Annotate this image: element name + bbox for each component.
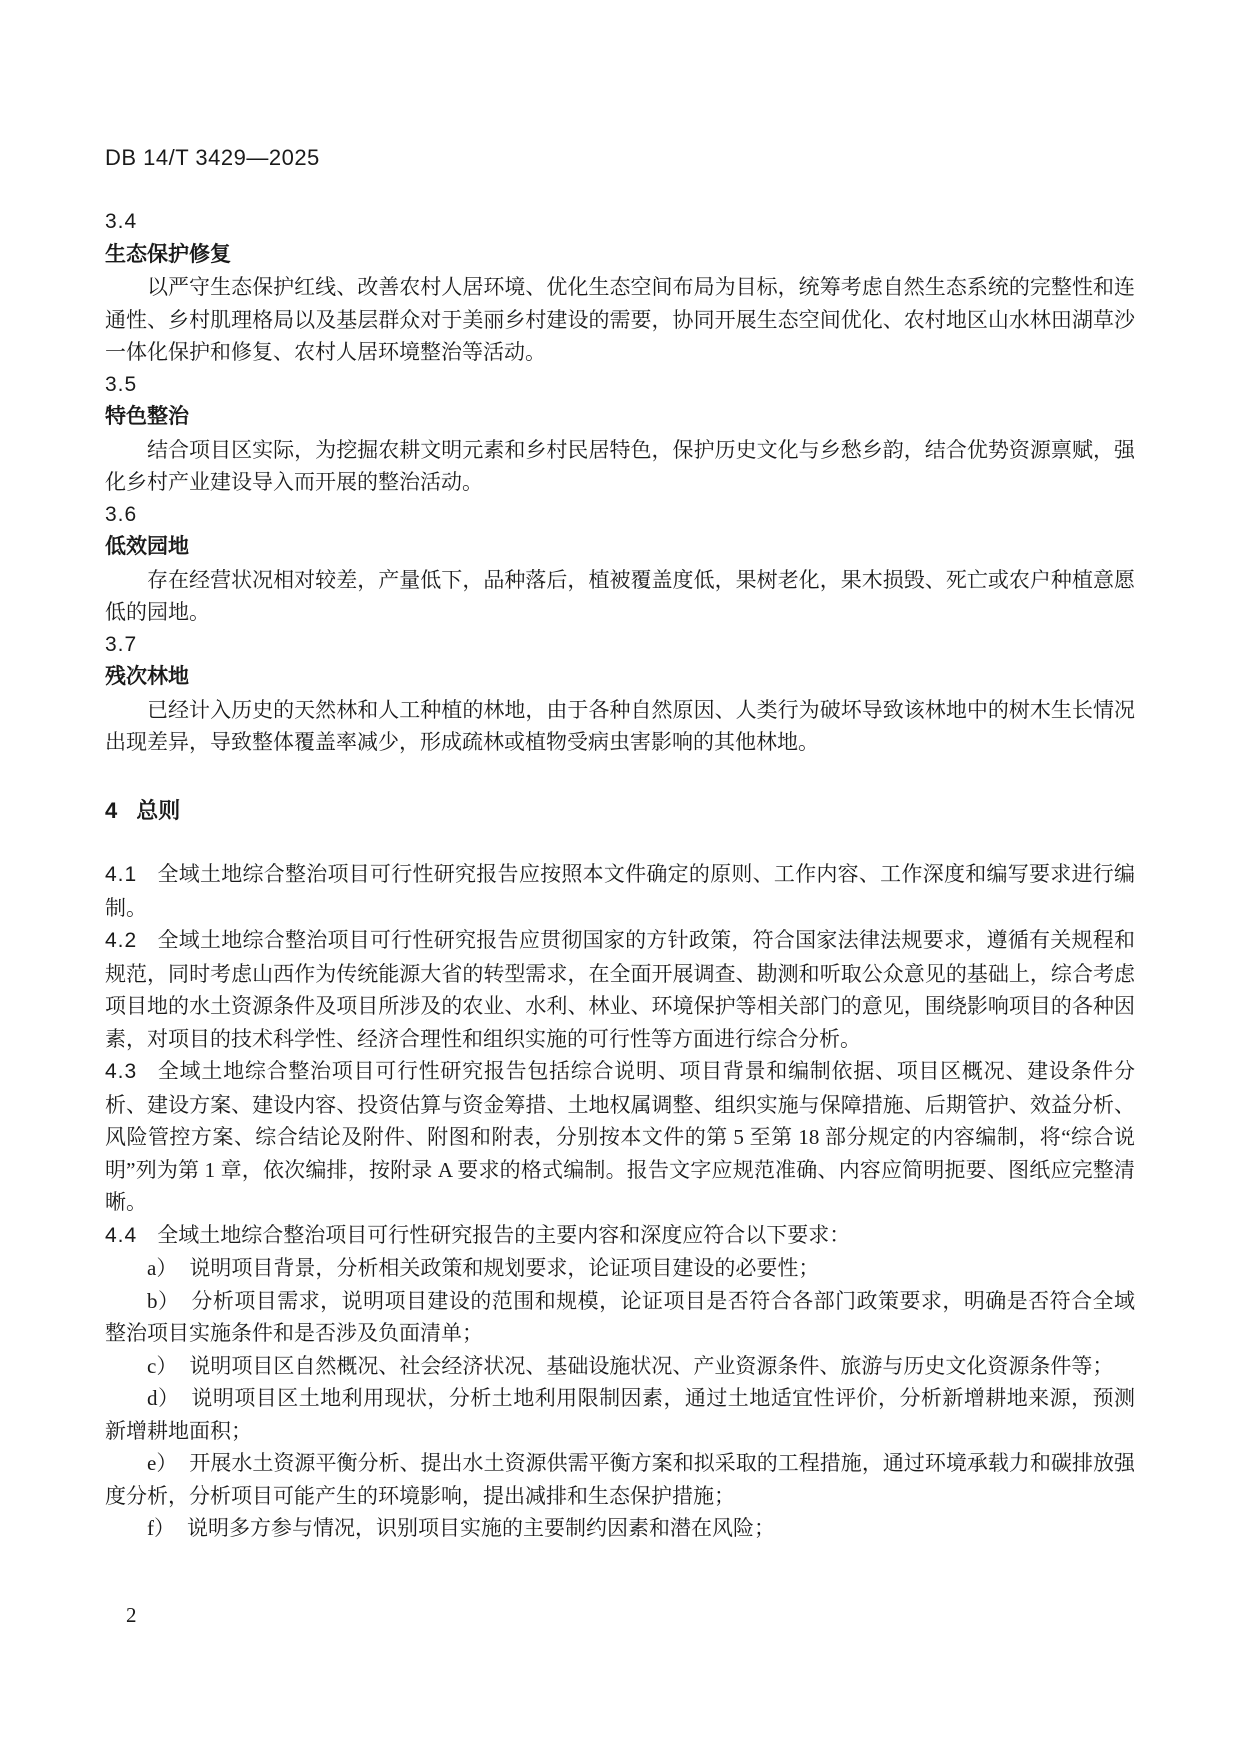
term-number: 3.7 (105, 629, 1135, 662)
list-item-text: 开展水土资源平衡分析、提出水土资源供需平衡方案和拟采取的工程措施，通过环境承载力… (105, 1451, 1135, 1508)
list-item-label: b） (147, 1289, 179, 1313)
list-item-b: b）分析项目需求，说明项目建设的范围和规模，论证项目是否符合各部门政策要求，明确… (105, 1285, 1135, 1350)
clause-text: 全域土地综合整治项目可行性研究报告的主要内容和深度应符合以下要求： (157, 1223, 850, 1247)
list-item-label: d） (147, 1386, 179, 1410)
term-number: 3.5 (105, 369, 1135, 402)
clause-number: 4.4 (105, 1224, 137, 1247)
clause-text: 全域土地综合整治项目可行性研究报告应贯彻国家的方针政策，符合国家法律法规要求，遵… (105, 928, 1135, 1051)
list-item-c: c）说明项目区自然概况、社会经济状况、基础设施状况、产业资源条件、旅游与历史文化… (105, 1350, 1135, 1383)
clause-number: 4.3 (105, 1060, 137, 1083)
chapter-heading: 4总则 (105, 795, 1135, 828)
term-title: 特色整治 (105, 401, 1135, 434)
list-item-label: c） (147, 1354, 177, 1378)
clause-4-4: 4.4全域土地综合整治项目可行性研究报告的主要内容和深度应符合以下要求： (105, 1219, 1135, 1253)
term-section-3-6: 3.6 低效园地 存在经营状况相对较差，产量低下，品种落后，植被覆盖度低，果树老… (105, 499, 1135, 629)
chapter-title: 总则 (136, 798, 180, 823)
clause-number: 4.2 (105, 929, 137, 952)
term-section-3-4: 3.4 生态保护修复 以严守生态保护红线、改善农村人居环境、优化生态空间布局为目… (105, 206, 1135, 369)
list-item-e: e）开展水土资源平衡分析、提出水土资源供需平衡方案和拟采取的工程措施，通过环境承… (105, 1447, 1135, 1512)
term-definition: 以严守生态保护红线、改善农村人居环境、优化生态空间布局为目标，统筹考虑自然生态系… (105, 271, 1135, 369)
standard-number-header: DB 14/T 3429—2025 (105, 146, 1135, 170)
term-number: 3.4 (105, 206, 1135, 239)
clause-4-3: 4.3全域土地综合整治项目可行性研究报告包括综合说明、项目背景和编制依据、项目区… (105, 1055, 1135, 1219)
term-title: 低效园地 (105, 531, 1135, 564)
list-item-text: 说明项目区自然概况、社会经济状况、基础设施状况、产业资源条件、旅游与历史文化资源… (189, 1354, 1113, 1378)
term-section-3-7: 3.7 残次林地 已经计入历史的天然林和人工种植的林地，由于各种自然原因、人类行… (105, 629, 1135, 759)
list-item-label: a） (147, 1256, 177, 1280)
document-page: DB 14/T 3429—2025 3.4 生态保护修复 以严守生态保护红线、改… (0, 0, 1241, 1754)
chapter-number: 4 (105, 798, 118, 823)
term-definition: 存在经营状况相对较差，产量低下，品种落后，植被覆盖度低，果树老化，果木损毁、死亡… (105, 564, 1135, 629)
term-section-3-5: 3.5 特色整治 结合项目区实际，为挖掘农耕文明元素和乡村民居特色，保护历史文化… (105, 369, 1135, 499)
list-item-text: 说明项目区土地利用现状，分析土地利用限制因素，通过土地适宜性评价，分析新增耕地来… (105, 1386, 1135, 1443)
list-item-text: 说明项目背景，分析相关政策和规划要求，论证项目建设的必要性； (189, 1256, 819, 1280)
list-item-label: f） (147, 1516, 175, 1540)
clause-4-1: 4.1全域土地综合整治项目可行性研究报告应按照本文件确定的原则、工作内容、工作深… (105, 858, 1135, 924)
list-item-text: 分析项目需求，说明项目建设的范围和规模，论证项目是否符合各部门政策要求，明确是否… (105, 1289, 1135, 1346)
document-body: 3.4 生态保护修复 以严守生态保护红线、改善农村人居环境、优化生态空间布局为目… (105, 206, 1135, 1545)
list-item-d: d）说明项目区土地利用现状，分析土地利用限制因素，通过土地适宜性评价，分析新增耕… (105, 1382, 1135, 1447)
list-item-label: e） (147, 1451, 177, 1475)
page-number: 2 (126, 1603, 137, 1628)
list-item-f: f）说明多方参与情况，识别项目实施的主要制约因素和潜在风险； (105, 1512, 1135, 1545)
term-title: 生态保护修复 (105, 239, 1135, 272)
term-title: 残次林地 (105, 661, 1135, 694)
clause-text: 全域土地综合整治项目可行性研究报告应按照本文件确定的原则、工作内容、工作深度和编… (105, 862, 1135, 920)
clause-4-2: 4.2全域土地综合整治项目可行性研究报告应贯彻国家的方针政策，符合国家法律法规要… (105, 924, 1135, 1055)
list-item-text: 说明多方参与情况，识别项目实施的主要制约因素和潜在风险； (187, 1516, 775, 1540)
term-definition: 已经计入历史的天然林和人工种植的林地，由于各种自然原因、人类行为破坏导致该林地中… (105, 694, 1135, 759)
list-item-a: a）说明项目背景，分析相关政策和规划要求，论证项目建设的必要性； (105, 1252, 1135, 1285)
term-number: 3.6 (105, 499, 1135, 532)
clause-text: 全域土地综合整治项目可行性研究报告包括综合说明、项目背景和编制依据、项目区概况、… (105, 1059, 1135, 1214)
term-definition: 结合项目区实际，为挖掘农耕文明元素和乡村民居特色，保护历史文化与乡愁乡韵，结合优… (105, 434, 1135, 499)
clause-number: 4.1 (105, 863, 137, 886)
